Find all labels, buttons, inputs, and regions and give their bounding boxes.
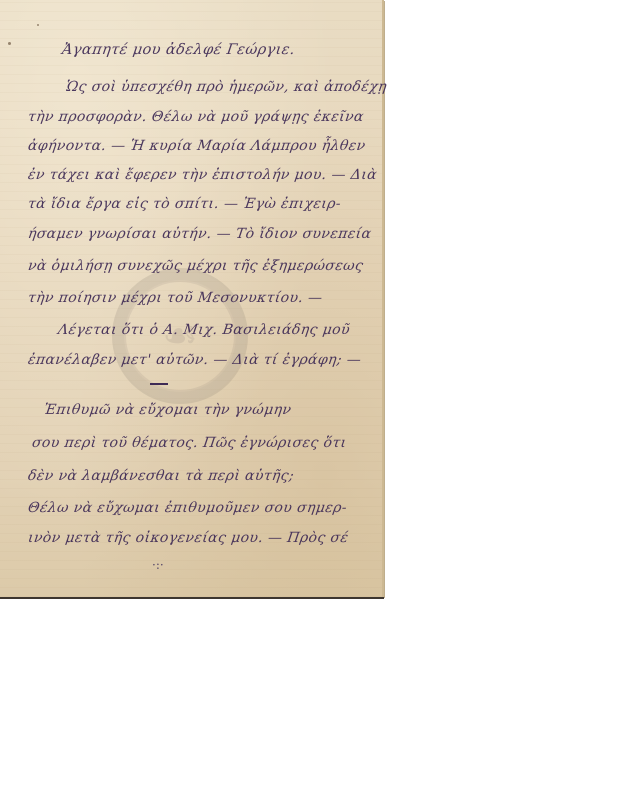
letter-line: δὲν νὰ λαμβάνεσθαι τὰ περὶ αὐτῆς; — [27, 468, 295, 484]
letter-line: τὴν προσφορὰν. Θέλω νὰ μοῦ γράψῃς ἐκεῖνα — [27, 109, 365, 125]
letter-line: ἐν τάχει καὶ ἔφερεν τὴν ἐπιστολήν μου. —… — [27, 167, 378, 183]
letter-line: τὴν ποίησιν μέχρι τοῦ Μεσονυκτίου. — — [27, 290, 324, 306]
section-divider — [150, 383, 168, 385]
letter-line: τὰ ἴδια ἔργα εἰς τὸ σπίτι. — Ἐγὼ ἐπιχειρ… — [27, 196, 342, 212]
letter-line: ἐπανέλαβεν μετ' αὐτῶν. — Διὰ τί ἐγράφη; … — [27, 352, 362, 368]
ink-speck — [8, 42, 11, 45]
page-end-mark: ·:· — [152, 558, 164, 572]
letter-line: Λέγεται ὅτι ὁ Α. Μιχ. Βασιλειάδης μοῦ — [57, 322, 351, 338]
letter-line: ἀφήνοντα. — Ἡ κυρία Μαρία Λάμπρου ἦλθεν — [27, 138, 367, 154]
letter-page: ☙ Ἀγαπητέ μου ἀδελφέ Γεώργιε. Ὡς σοὶ ὑπε… — [0, 0, 384, 597]
letter-line: Ὡς σοὶ ὑπεσχέθη πρὸ ἡμερῶν, καὶ ἀποδέχῃ — [65, 79, 388, 95]
letter-line: ήσαμεν γνωρίσαι αὐτήν. — Τὸ ἴδιον συνεπε… — [27, 226, 373, 242]
letter-line: νὰ ὁμιλήσῃ συνεχῶς μέχρι τῆς ἐξημερώσεως — [27, 258, 365, 274]
letter-greeting: Ἀγαπητέ μου ἀδελφέ Γεώργιε. — [61, 42, 296, 58]
ink-speck — [37, 24, 39, 26]
letter-line: σου περὶ τοῦ θέματος. Πῶς ἐγνώρισες ὅτι — [31, 435, 348, 451]
letter-line: ινὸν μετὰ τῆς οἰκογενείας μου. — Πρὸς σέ — [27, 530, 350, 546]
letter-line: Θέλω νὰ εὔχωμαι ἐπιθυμοῦμεν σου σημερ- — [27, 500, 348, 516]
letter-line: Ἐπιθυμῶ νὰ εὔχομαι τὴν γνώμην — [43, 402, 293, 418]
